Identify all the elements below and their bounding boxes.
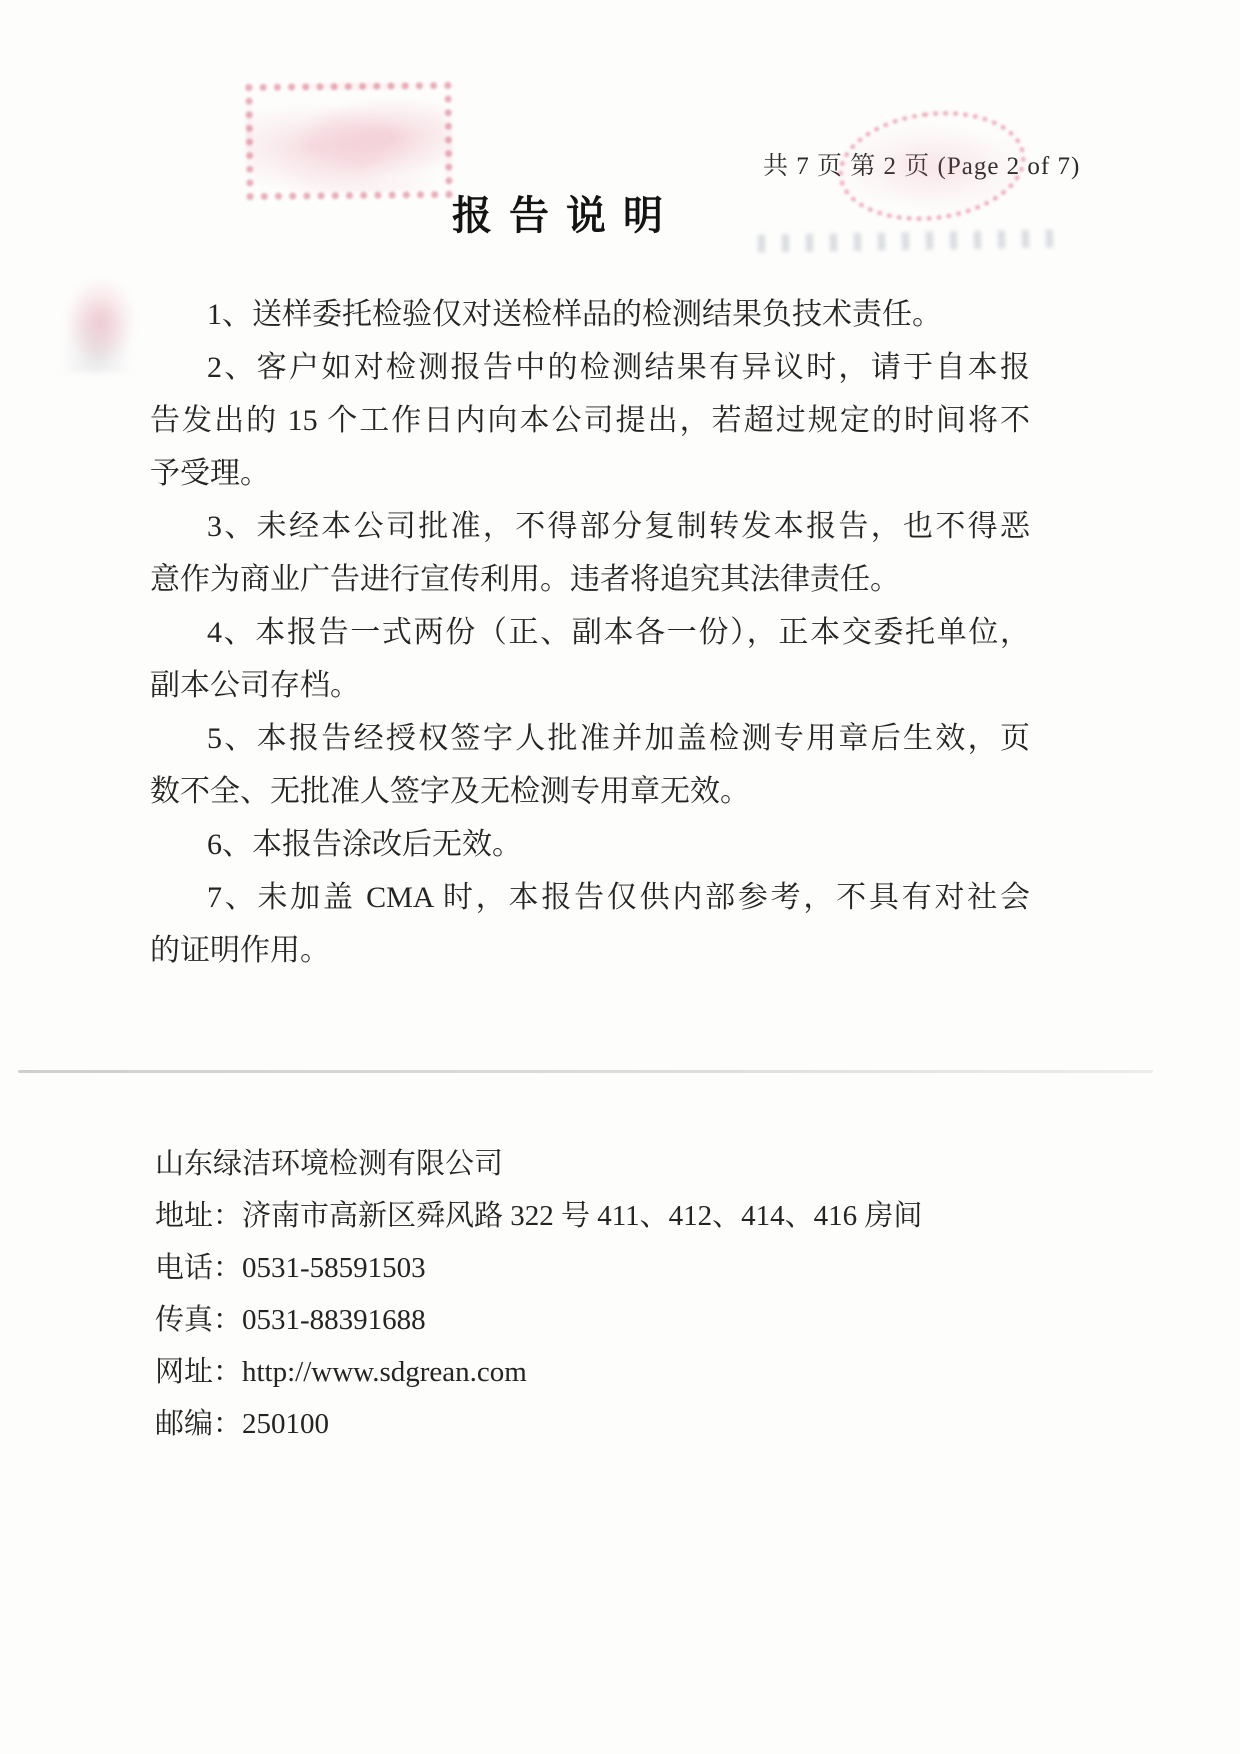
- note-line-12: 7、未加盖 CMA 时，本报告仅供内部参考，不具有对社会: [150, 871, 1030, 924]
- company-phone: 电话：0531-58591503: [155, 1242, 922, 1294]
- note-line-2: 2、客户如对检测报告中的检测结果有异议时，请于自本报: [150, 341, 1030, 394]
- note-line-3: 告发出的 15 个工作日内向本公司提出，若超过规定的时间将不: [150, 394, 1030, 447]
- company-name: 山东绿洁环境检测有限公司: [155, 1138, 922, 1190]
- seal-number-smudge: [758, 229, 1063, 252]
- note-line-1: 1、送样委托检验仅对送检样品的检测结果负技术责任。: [150, 288, 1030, 341]
- note-line-7: 4、本报告一式两份（正、副本各一份），正本交委托单位，: [150, 606, 1030, 659]
- note-line-13: 的证明作用。: [150, 924, 1030, 977]
- note-line-11: 6、本报告涂改后无效。: [150, 818, 1030, 871]
- company-website: 网址：http://www.sdgrean.com: [155, 1346, 922, 1398]
- company-postcode: 邮编：250100: [155, 1398, 922, 1450]
- page-title: 报告说明: [452, 184, 680, 241]
- paper-edge-smudge: [58, 278, 143, 373]
- note-line-5: 3、未经本公司批准，不得部分复制转发本报告，也不得恶: [150, 500, 1030, 553]
- report-notes: 1、送样委托检验仅对送检样品的检测结果负技术责任。 2、客户如对检测报告中的检测…: [150, 288, 1030, 977]
- company-contact-block: 山东绿洁环境检测有限公司 地址：济南市高新区舜风路 322 号 411、412、…: [155, 1138, 922, 1450]
- note-line-8: 副本公司存档。: [150, 659, 1030, 712]
- scan-artifact-line: [18, 1070, 1153, 1073]
- company-fax: 传真：0531-88391688: [155, 1294, 922, 1346]
- red-rectangular-stamp: [245, 82, 452, 200]
- red-oval-seal-stamp: [832, 101, 1032, 231]
- scanned-report-page: { "page": { "header": "共 7 页 第 2 页 (Page…: [0, 0, 1240, 1754]
- note-line-4: 予受理。: [150, 447, 1030, 500]
- company-address: 地址：济南市高新区舜风路 322 号 411、412、414、416 房间: [155, 1190, 922, 1242]
- note-line-6: 意作为商业广告进行宣传利用。违者将追究其法律责任。: [150, 553, 1030, 606]
- note-line-10: 数不全、无批准人签字及无检测专用章无效。: [150, 765, 1030, 818]
- note-line-9: 5、本报告经授权签字人批准并加盖检测专用章后生效，页: [150, 712, 1030, 765]
